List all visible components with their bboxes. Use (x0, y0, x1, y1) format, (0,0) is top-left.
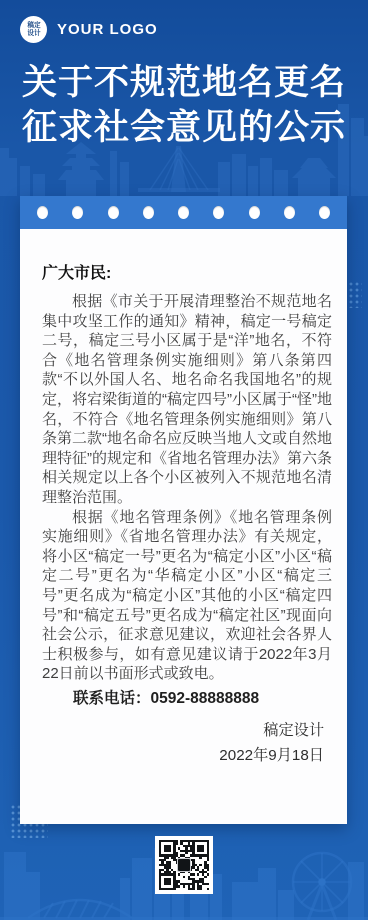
notice-paper: 广大市民: 根据《市关于开展清理整治不规范地名集中攻坚工作的通知》精神，稿定一号… (20, 196, 347, 824)
qr-center-logo (177, 858, 191, 872)
logo-badge-text-1: 稿定 (27, 22, 40, 29)
paragraph-2: 根据《地名管理条例》《地名管理条例实施细则》《省地名管理办法》有关规定，将小区“… (42, 508, 332, 684)
binder-strip (20, 196, 347, 229)
title-line-2: 征求社会意见的公示 (0, 105, 368, 150)
binder-hole (319, 206, 330, 219)
dot-grid-right (348, 281, 362, 308)
notice-title: 关于不规范地名更名 征求社会意见的公示 (0, 60, 368, 150)
qr-pattern (159, 840, 209, 890)
binder-hole (213, 206, 224, 219)
binder-hole (178, 206, 189, 219)
binder-hole (37, 206, 48, 219)
signature-name: 稿定设计 (42, 718, 324, 743)
contact-phone: 联系电话：0592-88888888 (42, 688, 332, 710)
binder-hole (72, 206, 83, 219)
signature-date: 2022年9月18日 (42, 743, 324, 768)
binder-hole (284, 206, 295, 219)
salutation: 广大市民: (42, 260, 332, 283)
brand-logo-badge: 稿定 设计 (20, 16, 47, 43)
poster-canvas: 稿定 设计 YOUR LOGO 关于不规范地名更名 征求社会意见的公示 广大市民… (0, 0, 368, 920)
paragraph-1: 根据《市关于开展清理整治不规范地名集中攻坚工作的通知》精神，稿定一号稿定二号，稿… (42, 292, 332, 508)
brand-name: YOUR LOGO (57, 21, 158, 38)
signature-block: 稿定设计 2022年9月18日 (42, 718, 332, 768)
binder-hole (143, 206, 154, 219)
binder-hole (108, 206, 119, 219)
title-line-1: 关于不规范地名更名 (0, 60, 368, 105)
logo-badge-text-2: 设计 (27, 30, 40, 37)
notice-body: 广大市民: 根据《市关于开展清理整治不规范地名集中攻坚工作的通知》精神，稿定一号… (20, 229, 347, 768)
binder-hole (249, 206, 260, 219)
qr-code (155, 836, 213, 894)
brand-logo-row: 稿定 设计 YOUR LOGO (20, 16, 158, 43)
